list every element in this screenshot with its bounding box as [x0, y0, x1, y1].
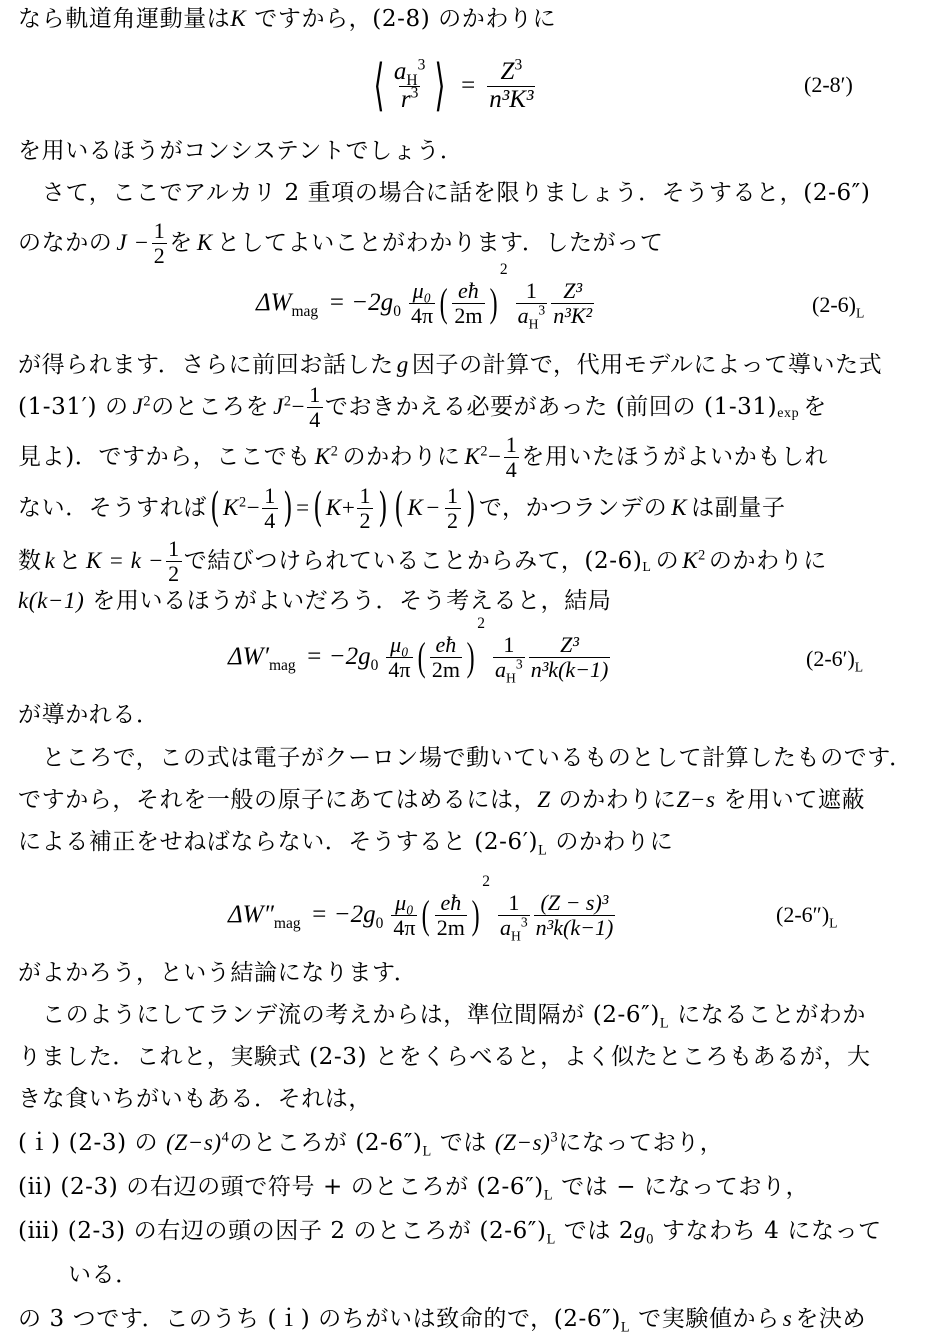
fraction-one-quarter: 14 [307, 383, 323, 430]
text: の 3 つです．このうち (ｉ) のちがいは致命的で，(2-6″) [18, 1306, 621, 1332]
fraction-one-half: 12 [152, 219, 168, 266]
text: では 2 [564, 1218, 634, 1244]
text-line-10: ない．そうすれば (K2− 14) = (K+ 12) (K− 12) で，かつ… [18, 482, 921, 534]
text: では − になっており， [561, 1174, 809, 1200]
text: (1-31′) の [18, 392, 129, 422]
text: を決め [795, 1306, 866, 1332]
equation-2-6-L: ΔWmag = −2g0 μ₀4π ( eħ2m )2 1aH3 Z³n³K² [256, 262, 596, 344]
text: を [169, 228, 193, 258]
math: J − [116, 228, 149, 258]
math-g: g [397, 352, 409, 377]
text: いる． [68, 1262, 139, 1288]
text: ない．そうすれば [18, 493, 207, 523]
text-line-11: 数 k と K = k − 12 で結びつけられていることからみて，(2-6)L… [18, 536, 921, 586]
text-line-7: が得られます．さらに前回お話したg因子の計算で，代用モデルによって導いた式 [18, 350, 921, 380]
text: と [58, 546, 82, 576]
text: としてよいことがわかります．したがって [217, 228, 664, 258]
text: になることがわか [677, 1002, 866, 1028]
text: になっており， [558, 1130, 723, 1156]
text-line-4: さて，ここでアルカリ 2 重項の場合に話を限りましょう．そうすると，(2-6″) [42, 178, 921, 208]
text: で結びつけられていることからみて，(2-6) [184, 546, 643, 576]
text: 因子の計算で，代用モデルによって導いた式 [412, 352, 882, 378]
text: のかわりに [555, 829, 673, 855]
equation-number: (2-6)L [812, 292, 864, 318]
text: なら軌道角運動量は [18, 6, 230, 32]
text-line-22: きな食いちがいもある．それは， [18, 1084, 921, 1114]
equation-number: (2-8′) [804, 72, 853, 98]
text: がよかろう，という結論になります． [18, 960, 417, 986]
left-angle-bracket: ⟨ [373, 58, 384, 114]
text: ところで，この式は電子がクーロン場で動いているものとして計算したものです． [42, 745, 913, 771]
equation-2-6-double-prime-L: ΔW″mag = −2g0 μ₀4π ( eħ2m )2 1aH3 (Z − s… [228, 874, 617, 956]
text: を用いるほうがコンシステントでしょう． [18, 138, 464, 164]
text-line-3: を用いるほうがコンシステントでしょう． [18, 136, 921, 166]
text: (ｉ) (2-3) の [18, 1130, 158, 1156]
list-item-i: (ｉ) (2-3) の (Z−s)4のところが (2-6″)L では (Z−s)… [18, 1128, 921, 1158]
text-line-20: このようにしてランデ流の考えからは，準位間隔が (2-6″)L になることがわか [42, 1000, 921, 1030]
text: を用いたほうがよいかもしれ [521, 442, 828, 472]
right-angle-bracket: ⟩ [435, 58, 446, 114]
text-line-21: りました．これと，実験式 (2-3) とをくらべると，よく似たところもあるが，大 [18, 1042, 921, 1072]
text-line-14: が導かれる． [18, 700, 921, 730]
equation-2-8-prime: ⟨ aH3 r3 ⟩ = Z3 n³K³ [368, 46, 537, 126]
equation-number: (2-6″)L [776, 902, 837, 928]
text: のかわりに [709, 546, 827, 576]
fraction: Z3 n³K³ [487, 59, 535, 113]
text-line-9: 見よ)．ですから，ここでも K2 のかわりに K2− 14 を用いたほうがよいか… [18, 432, 921, 482]
text: は副量子 [691, 493, 785, 523]
equation-2-6-prime-L: ΔW′mag = −2g0 μ₀4π ( eħ2m )2 1aH3 Z³n³k(… [228, 616, 612, 698]
text: さて，ここでアルカリ 2 重項の場合に話を限りましょう．そうすると，(2-6″) [42, 180, 870, 206]
text-line-15: ところで，この式は電子がクーロン場で動いているものとして計算したものです． [42, 743, 921, 773]
fraction: aH3 r3 [392, 59, 427, 113]
text: のなかの [18, 228, 112, 258]
text: ですから，(2-8) のかわりに [254, 6, 556, 32]
text: を用いるほうがよいだろう．そう考えると，結局 [92, 588, 611, 614]
text-line-12: k(k−1) を用いるほうがよいだろう．そう考えると，結局 [18, 586, 921, 616]
text-line-17: による補正をせねばならない．そうすると (2-6′)L のかわりに [18, 827, 921, 857]
text-line-16: ですから，それを一般の原子にあてはめるには，Z のかわりにZ−s を用いて遮蔽 [18, 785, 921, 815]
text: による補正をせねばならない．そうすると (2-6′) [18, 829, 538, 855]
text: の [656, 546, 680, 576]
text: りました．これと，実験式 (2-3) とをくらべると，よく似たところもあるが，大 [18, 1044, 871, 1070]
text-line-5: のなかの J − 12 を K としてよいことがわかります．したがって [18, 218, 921, 268]
text-line-19: がよかろう，という結論になります． [18, 958, 921, 988]
text-line-last: の 3 つです．このうち (ｉ) のちがいは致命的で，(2-6″)L で実験値か… [18, 1304, 921, 1334]
math-K: K [197, 228, 213, 258]
text: 数 [18, 546, 42, 576]
text: でおきかえる必要があった (前回の (1-31) [325, 392, 777, 422]
text: のかわりに [342, 442, 460, 472]
equals: = [461, 72, 475, 100]
list-item-iii-continued: いる． [68, 1260, 921, 1290]
list-item-ii: (ⅱ) (2-3) の右辺の頭で符号 + のところが (2-6″)L では − … [18, 1172, 921, 1202]
equation-number: (2-6′)L [806, 646, 863, 672]
text: 見よ)．ですから，ここでも [18, 442, 311, 472]
text: で実験値から [638, 1306, 780, 1332]
text: (ⅱ) (2-3) の右辺の頭で符号 + のところが (2-6″) [18, 1174, 544, 1200]
text: を [803, 392, 827, 422]
text: が得られます．さらに前回お話した [18, 352, 394, 378]
text: を用いて遮蔽 [724, 787, 866, 813]
text: のところを [151, 392, 269, 422]
text-line-8: (1-31′) の J2 のところを J2− 14 でおきかえる必要があった (… [18, 382, 921, 432]
text: のかわりに [559, 787, 677, 813]
list-item-iii: (ⅲ) (2-3) の右辺の頭の因子 2 のところが (2-6″)L では 2g… [18, 1216, 921, 1246]
text: ですから，それを一般の原子にあてはめるには， [18, 787, 537, 813]
text: で，かつランデの [479, 493, 667, 523]
text: では [440, 1130, 487, 1156]
text: (ⅲ) (2-3) の右辺の頭の因子 2 のところが (2-6″) [18, 1218, 547, 1244]
math-K: K [230, 6, 246, 31]
text-line-1: なら軌道角運動量はK ですから，(2-8) のかわりに [18, 4, 921, 34]
text: すなわち 4 になって [662, 1218, 882, 1244]
text: きな食いちがいもある．それは， [18, 1086, 372, 1112]
text: が導かれる． [18, 702, 160, 728]
text: このようにしてランデ流の考えからは，準位間隔が (2-6″) [42, 1002, 660, 1028]
text: のところが (2-6″) [229, 1130, 422, 1156]
